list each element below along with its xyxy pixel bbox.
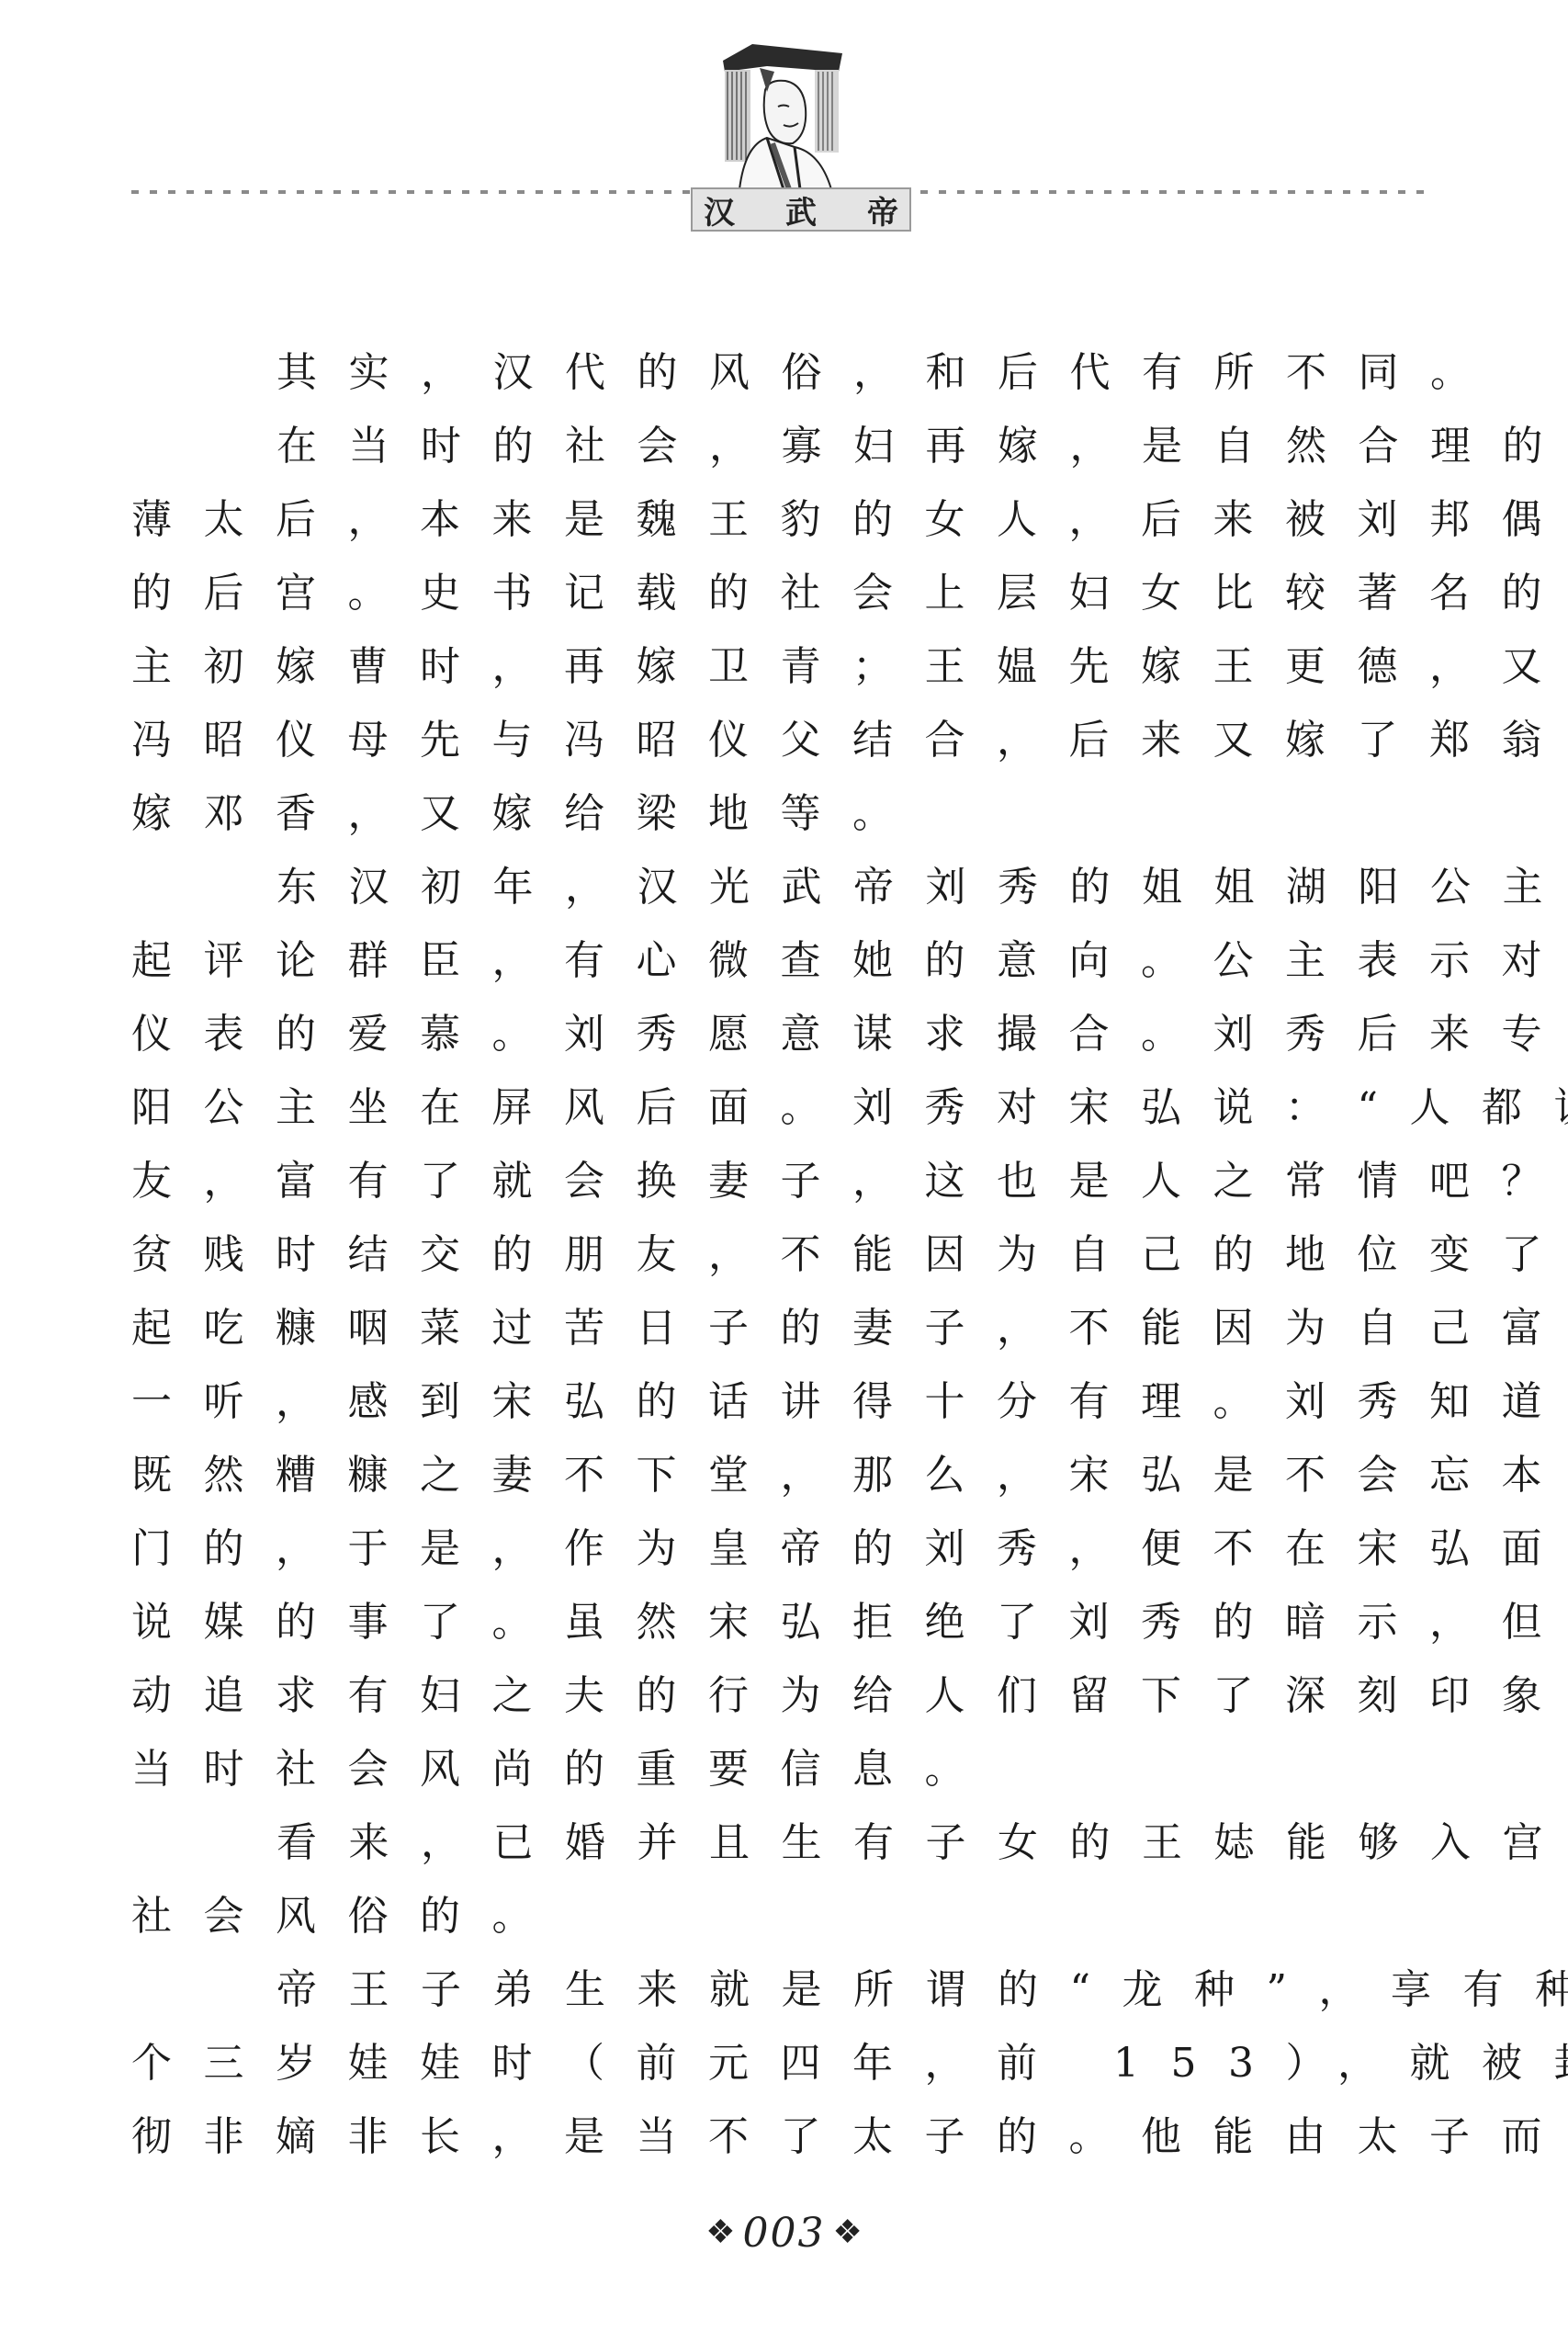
text-line: 看来，已婚并且生有子女的王娡能够入宫，并不违背当时的 xyxy=(131,1806,1436,1880)
text-line: 既然糟糠之妻不下堂，那么，宋弘是不会忘本抛弃妻子而另攀高 xyxy=(131,1439,1436,1512)
chapter-title-char: 帝 xyxy=(867,187,898,232)
text-line: 薄太后，本来是魏王豹的女人，后来被刘邦偶然看中，收入自己 xyxy=(131,483,1436,557)
paragraph: 东汉初年，汉光武帝刘秀的姐姐湖阳公主新寡，刘秀和她一 起评论群臣，有心微查她的意… xyxy=(131,851,1436,1806)
text-line: 冯昭仪母先与冯昭仪父结合，后来又嫁了郑翁；汉桓帝邓后母初 xyxy=(131,704,1436,777)
text-line: 彻非嫡非长，是当不了太子的。他能由太子而登帝位，与他的姑 xyxy=(131,2100,1436,2174)
paragraph: 看来，已婚并且生有子女的王娡能够入宫，并不违背当时的 社会风俗的。 xyxy=(131,1806,1436,1953)
text-line: 主初嫁曹时，再嫁卫青；王媪先嫁王更德，又嫁王乃始；汉元帝 xyxy=(131,630,1436,704)
page-header: 汉 武 帝 xyxy=(0,0,1568,257)
page-number-value: 003 xyxy=(743,2210,826,2257)
text-line: 仪表的爱慕。刘秀愿意谋求撮合。刘秀后来专意接见宋弘，让湖 xyxy=(131,998,1436,1071)
text-line: 门的，于是，作为皇帝的刘秀，便不在宋弘面前提起给自己姐姐 xyxy=(131,1512,1436,1586)
text-line: 说媒的事了。虽然宋弘拒绝了刘秀的暗示，但是湖阳公主敢于主 xyxy=(131,1586,1436,1659)
text-line: 起吃糠咽菜过苦日子的妻子，不能因为自己富贵了就抛弃！”刘秀 xyxy=(131,1292,1436,1365)
page-body: 其实，汉代的风俗，和后代有所不同。 在当时的社会，寡妇再嫁，是自然合理的事。汉景… xyxy=(131,336,1436,2174)
paragraph: 帝王子弟生来就是所谓的“龙种”，享有种种特权。刘彻还是 个三岁娃娃时（前元四年，… xyxy=(131,1953,1436,2174)
text-line: 嫁邓香，又嫁给梁地等。 xyxy=(131,777,1436,851)
text-line: 的后宫。史书记载的社会上层妇女比较著名的实例，还有平阳公 xyxy=(131,557,1436,630)
paragraph: 在当时的社会，寡妇再嫁，是自然合理的事。汉景帝的祖母 薄太后，本来是魏王豹的女人… xyxy=(131,410,1436,851)
text-line: 贫贱时结交的朋友，不能因为自己的地位变了而忘记，同自己一 xyxy=(131,1218,1436,1292)
paragraph: 其实，汉代的风俗，和后代有所不同。 xyxy=(131,336,1436,410)
text-line: 阳公主坐在屏风后面。刘秀对宋弘说：“人都说尊贵了就会换朋 xyxy=(131,1071,1436,1145)
text-line: 社会风俗的。 xyxy=(131,1880,1436,1953)
page-number: ❖003❖ xyxy=(0,2210,1568,2257)
text-line: 当时社会风尚的重要信息。 xyxy=(131,1733,1436,1806)
header-divider-left xyxy=(131,190,694,194)
text-line: 其实，汉代的风俗，和后代有所不同。 xyxy=(131,336,1436,410)
text-line: 东汉初年，汉光武帝刘秀的姐姐湖阳公主新寡，刘秀和她一 xyxy=(131,851,1436,924)
chapter-title-label: 汉 武 帝 xyxy=(691,187,911,232)
emperor-portrait-icon xyxy=(712,35,850,189)
text-line: 起评论群臣，有心微查她的意向。公主表示对大司空宋弘德才与 xyxy=(131,924,1436,998)
ornament-icon: ❖ xyxy=(832,2213,862,2251)
text-line: 动追求有妇之夫的行为给人们留下了深刻印象，可以看做是反映 xyxy=(131,1659,1436,1733)
text-line: 一听，感到宋弘的话讲得十分有理。刘秀知道宋弘已经有了妻子， xyxy=(131,1365,1436,1439)
ornament-icon: ❖ xyxy=(705,2213,735,2251)
text-line: 友，富有了就会换妻子，这也是人之常情吧？”宋弘则表示：“在 xyxy=(131,1145,1436,1218)
text-line: 在当时的社会，寡妇再嫁，是自然合理的事。汉景帝的祖母 xyxy=(131,410,1436,483)
header-divider-right xyxy=(920,190,1435,194)
text-line: 个三岁娃娃时（前元四年，前 153），就被封为胶东王。按理，刘 xyxy=(131,2027,1436,2100)
chapter-title-char: 武 xyxy=(785,187,817,232)
chapter-title-char: 汉 xyxy=(704,187,735,232)
text-line: 帝王子弟生来就是所谓的“龙种”，享有种种特权。刘彻还是 xyxy=(131,1953,1436,2027)
